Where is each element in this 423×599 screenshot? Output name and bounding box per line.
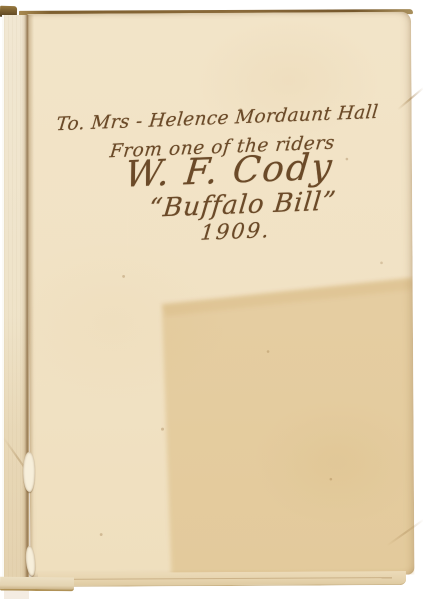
toning-stain (27, 12, 414, 577)
handwritten-inscription: To. Mrs - Helence Mordaunt Hall From one… (52, 98, 388, 281)
gutter-shadow (21, 15, 34, 581)
page-edge-line (62, 577, 392, 580)
book-photo: To. Mrs - Helence Mordaunt Hall From one… (0, 0, 423, 599)
bottom-page-edges (38, 571, 406, 587)
cover-bottom-edge (0, 577, 74, 592)
inscribed-page (27, 12, 414, 577)
